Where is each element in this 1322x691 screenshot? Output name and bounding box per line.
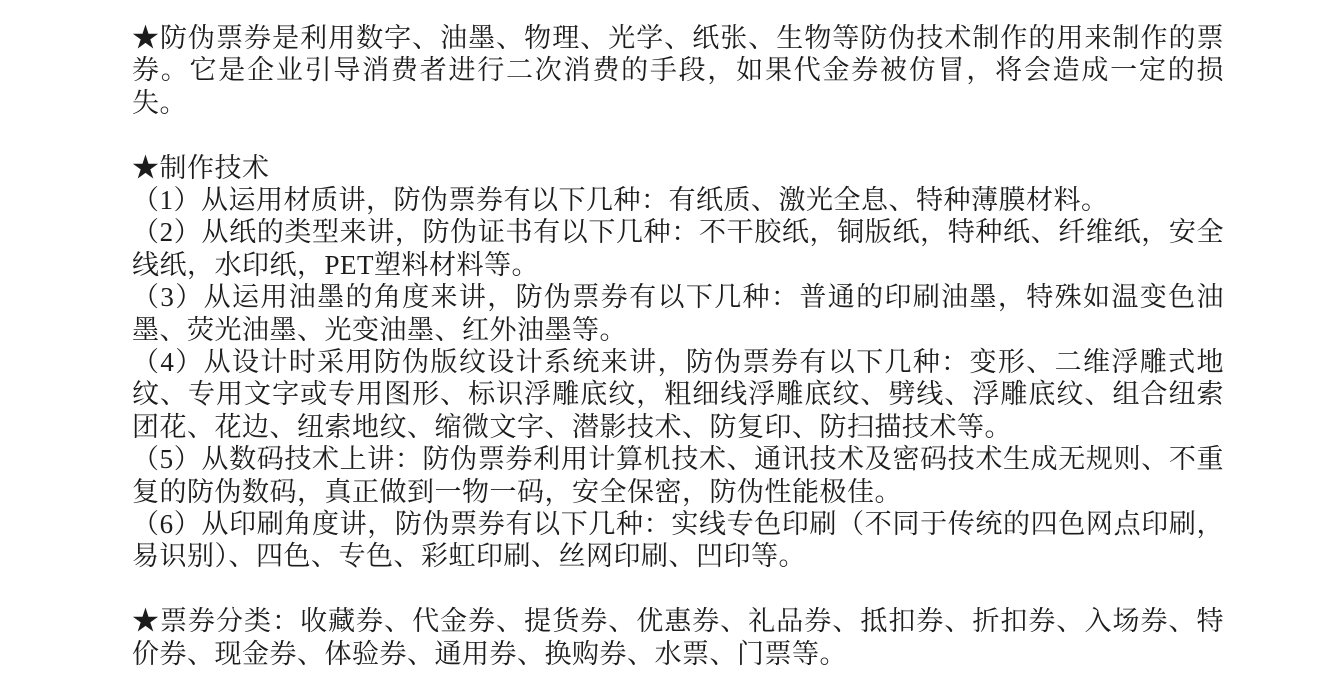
section-heading-production-tech: ★制作技术	[132, 152, 1224, 184]
ticket-categories-paragraph: ★票券分类：收藏券、代金券、提货券、优惠券、礼品券、抵扣券、折扣券、入场券、特价…	[132, 605, 1224, 670]
tech-item-3: （3）从运用油墨的角度来讲，防伪票券有以下几种：普通的印刷油墨，特殊如温变色油墨…	[132, 281, 1224, 346]
blank-line	[132, 119, 1224, 151]
tech-item-6: （6）从印刷角度讲，防伪票券有以下几种：实线专色印刷（不同于传统的四色网点印刷，…	[132, 508, 1224, 573]
tech-item-5: （5）从数码技术上讲：防伪票券利用计算机技术、通讯技术及密码技术生成无规则、不重…	[132, 443, 1224, 508]
intro-paragraph: ★防伪票券是利用数字、油墨、物理、光学、纸张、生物等防伪技术制作的用来制作的票券…	[132, 22, 1224, 119]
tech-item-4: （4）从设计时采用防伪版纹设计系统来讲，防伪票券有以下几种：变形、二维浮雕式地纹…	[132, 346, 1224, 443]
tech-item-2: （2）从纸的类型来讲，防伪证书有以下几种：不干胶纸，铜版纸，特种纸、纤维纸，安全…	[132, 216, 1224, 281]
document-page: ★防伪票券是利用数字、油墨、物理、光学、纸张、生物等防伪技术制作的用来制作的票券…	[0, 0, 1322, 691]
document-content: ★防伪票券是利用数字、油墨、物理、光学、纸张、生物等防伪技术制作的用来制作的票券…	[132, 22, 1224, 670]
tech-item-1: （1）从运用材质讲，防伪票券有以下几种：有纸质、激光全息、特种薄膜材料。	[132, 184, 1224, 216]
blank-line	[132, 573, 1224, 605]
